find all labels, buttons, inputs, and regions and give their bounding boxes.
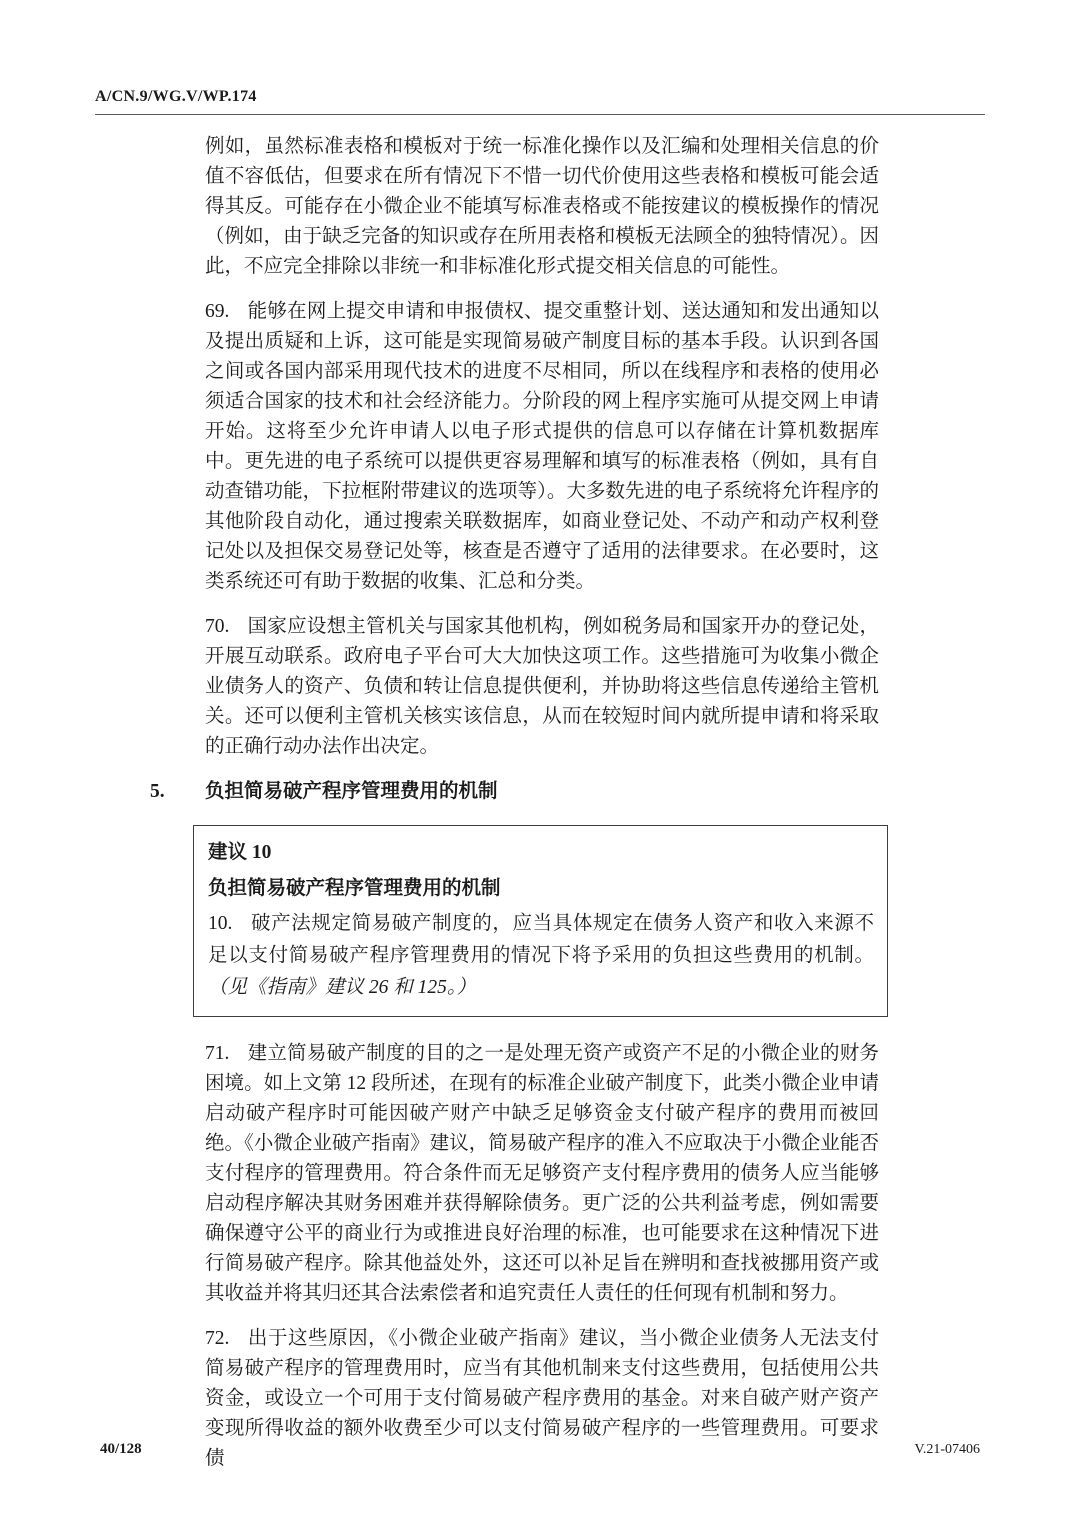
paragraph-text: 建立简易破产制度的目的之一是处理无资产或资产不足的小微企业的财务困境。如上文第 … — [205, 1043, 879, 1304]
document-symbol: A/CN.9/WG.V/WP.174 — [95, 88, 985, 114]
paragraph-69: 69.能够在网上提交申请和申报债权、提交重整计划、送达通知和发出通知以及提出质疑… — [205, 297, 879, 597]
paragraph-number: 70. — [205, 616, 229, 637]
section-heading-5: 5. 负担简易破产程序管理费用的机制 — [150, 777, 985, 807]
recommendation-number: 10. — [208, 913, 232, 934]
paragraph-text: 出于这些原因，《小微企业破产指南》建议，当小微企业债务人无法支付简易破产程序的管… — [205, 1328, 879, 1469]
recommendation-box: 建议 10 负担简易破产程序管理费用的机制 10.破产法规定简易破产制度的，应当… — [193, 825, 888, 1017]
paragraph-continuation: 例如，虽然标准表格和模板对于统一标准化操作以及汇编和处理相关信息的价值不容低估，… — [205, 132, 879, 282]
section-title: 负担简易破产程序管理费用的机制 — [205, 777, 498, 807]
paragraph-number: 72. — [205, 1328, 229, 1349]
document-page: A/CN.9/WG.V/WP.174 例如，虽然标准表格和模板对于统一标准化操作… — [0, 0, 1080, 1526]
paragraph-text: 能够在网上提交申请和申报债权、提交重整计划、送达通知和发出通知以及提出质疑和上诉… — [205, 301, 879, 592]
recommendation-text: 破产法规定简易破产制度的，应当具体规定在债务人资产和收入来源不足以支付简易破产程… — [208, 913, 874, 966]
footer-page-number: 40/128 — [100, 1441, 142, 1458]
paragraph-number: 71. — [205, 1043, 229, 1064]
recommendation-citation: （见《指南》建议 26 和 125。） — [208, 977, 476, 998]
recommendation-paragraph: 10.破产法规定简易破产制度的，应当具体规定在债务人资产和收入来源不足以支付简易… — [208, 908, 874, 1004]
footer-document-number: V.21-07406 — [915, 1442, 980, 1458]
recommendation-title: 负担简易破产程序管理费用的机制 — [208, 874, 874, 904]
paragraph-text: 国家应设想主管机关与国家其他机构，例如税务局和国家开办的登记处，开展互动联系。政… — [205, 616, 879, 757]
paragraph-71: 71.建立简易破产制度的目的之一是处理无资产或资产不足的小微企业的财务困境。如上… — [205, 1039, 879, 1309]
paragraph-text: 例如，虽然标准表格和模板对于统一标准化操作以及汇编和处理相关信息的价值不容低估，… — [205, 136, 879, 277]
recommendation-label: 建议 10 — [208, 838, 874, 868]
paragraph-70: 70.国家应设想主管机关与国家其他机构，例如税务局和国家开办的登记处，开展互动联… — [205, 612, 879, 762]
section-number: 5. — [150, 777, 205, 807]
document-body: 例如，虽然标准表格和模板对于统一标准化操作以及汇编和处理相关信息的价值不容低估，… — [95, 132, 985, 1489]
paragraph-72: 72.出于这些原因，《小微企业破产指南》建议，当小微企业债务人无法支付简易破产程… — [205, 1324, 879, 1474]
paragraph-number: 69. — [205, 301, 229, 322]
page-header: A/CN.9/WG.V/WP.174 — [95, 88, 985, 115]
header-rule — [95, 114, 985, 115]
